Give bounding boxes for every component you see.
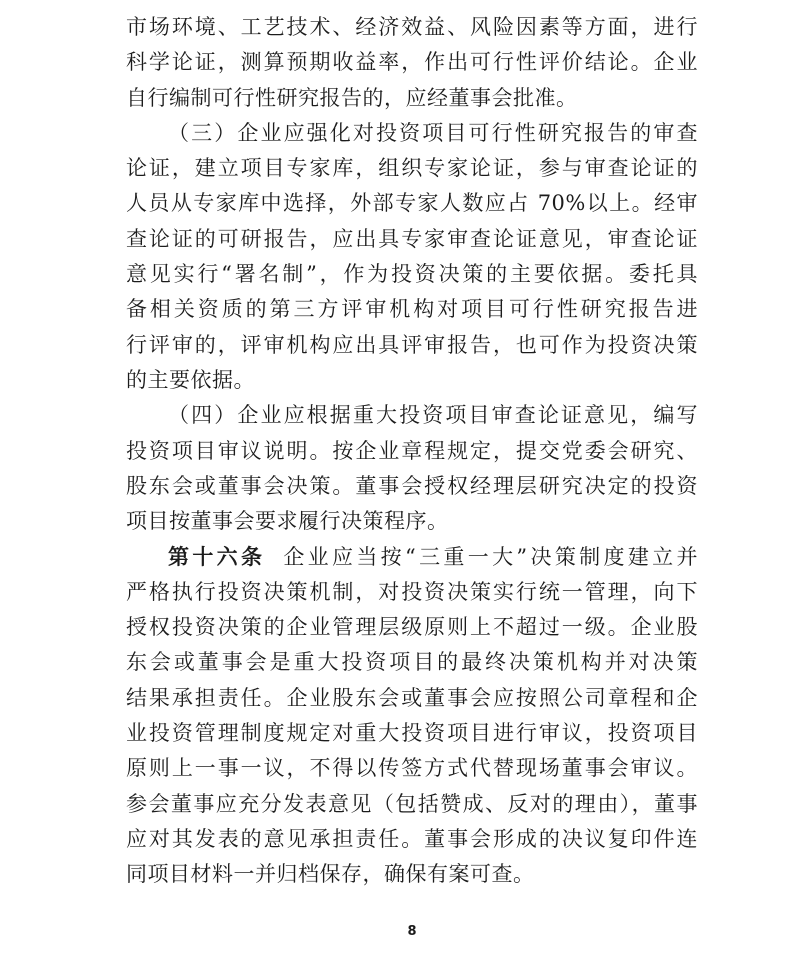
text-line: 的主要依据。 [126, 363, 698, 398]
text-line: 严格执行投资决策机制，对投资决策实行统一管理，向下 [126, 575, 698, 610]
text-line: 东会或董事会是重大投资项目的最终决策机构并对决策 [126, 645, 698, 680]
text-line: 应对其发表的意见承担责任。董事会形成的决议复印件连 [126, 822, 698, 857]
text-line: 科学论证，测算预期收益率，作出可行性评价结论。企业 [126, 45, 698, 80]
text-line: 同项目材料一并归档保存，确保有案可查。 [126, 857, 698, 892]
text-line: 授权投资决策的企业管理层级原则上不超过一级。企业股 [126, 610, 698, 645]
text-line: 行评审的，评审机构应出具评审报告，也可作为投资决策 [126, 328, 698, 363]
text-line-article-16: 第十六条企业应当按“三重一大”决策制度建立并 [126, 539, 698, 574]
text-line: 论证，建立项目专家库，组织专家论证，参与审查论证的 [126, 151, 698, 186]
text-line: 意见实行“署名制”，作为投资决策的主要依据。委托具 [126, 257, 698, 292]
text-line: 人员从专家库中选择，外部专家人数应占 70%以上。经审 [126, 186, 698, 221]
text-line: 项目按董事会要求履行决策程序。 [126, 504, 698, 539]
text-line: 参会董事应充分发表意见（包括赞成、反对的理由），董事 [126, 787, 698, 822]
document-body: 市场环境、工艺技术、经济效益、风险因素等方面，进行 科学论证，测算预期收益率，作… [126, 10, 698, 892]
text-line: 投资项目审议说明。按企业章程规定，提交党委会研究、 [126, 434, 698, 469]
text-line: 备相关资质的第三方评审机构对项目可行性研究报告进 [126, 292, 698, 327]
text-line-item-4: （四）企业应根据重大投资项目审查论证意见，编写 [126, 398, 698, 433]
text-line: 业投资管理制度规定对重大投资项目进行审议，投资项目 [126, 716, 698, 751]
text-line: 原则上一事一议，不得以传签方式代替现场董事会审议。 [126, 751, 698, 786]
article-body-text: 企业应当按“三重一大”决策制度建立并 [283, 545, 698, 569]
article-number-heading: 第十六条 [168, 544, 265, 569]
page-number: 8 [126, 924, 698, 939]
text-line: 查论证的可研报告，应出具专家审查论证意见，审查论证 [126, 222, 698, 257]
text-line: 结果承担责任。企业股东会或董事会应按照公司章程和企 [126, 681, 698, 716]
text-line: 股东会或董事会决策。董事会授权经理层研究决定的投资 [126, 469, 698, 504]
text-line: 自行编制可行性研究报告的，应经董事会批准。 [126, 81, 698, 116]
text-line: 市场环境、工艺技术、经济效益、风险因素等方面，进行 [126, 10, 698, 45]
document-page: 市场环境、工艺技术、经济效益、风险因素等方面，进行 科学论证，测算预期收益率，作… [0, 0, 800, 962]
text-line-item-3: （三）企业应强化对投资项目可行性研究报告的审查 [126, 116, 698, 151]
